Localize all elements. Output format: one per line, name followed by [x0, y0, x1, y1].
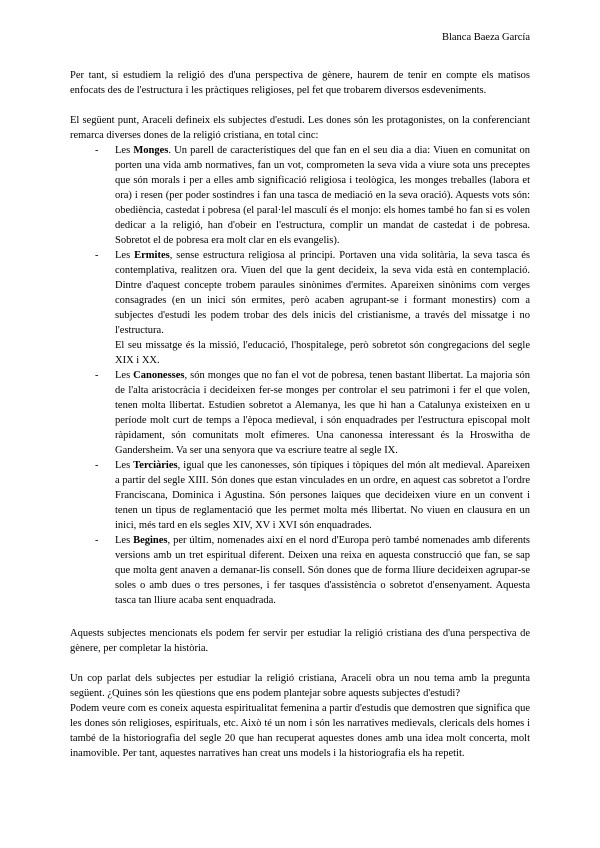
subject-term: Begines: [133, 535, 167, 546]
list-item-prefix: Les: [115, 145, 133, 156]
list-item-text: , igual que les canonesses, són típiques…: [115, 460, 530, 531]
list-item-text: , són monges que no fan el vot de pobres…: [115, 370, 530, 456]
subject-term: Canonesses: [133, 370, 184, 381]
bullet-marker: -: [95, 458, 99, 473]
list-item-prefix: Les: [115, 250, 134, 261]
list-item-canonesses: - Les Canonesses, són monges que no fan …: [70, 368, 530, 458]
subject-term: Terciàries: [133, 460, 177, 471]
paragraph-conclusion: Aquests subjectes mencionats els podem f…: [70, 626, 530, 656]
list-item-prefix: Les: [115, 460, 133, 471]
bullet-marker: -: [95, 248, 99, 263]
list-item-begines: - Les Begines, per últim, nomenades així…: [70, 533, 530, 608]
bullet-marker: -: [95, 533, 99, 548]
list-item-text: . Un parell de característiques del que …: [115, 145, 530, 246]
list-item-prefix: Les: [115, 535, 133, 546]
paragraph-intro: Per tant, si estudiem la religió des d'u…: [70, 68, 530, 98]
subject-term: Monges: [133, 145, 168, 156]
list-item-ermites: - Les Ermites, sense estructura religios…: [70, 248, 530, 368]
subject-term: Ermites: [134, 250, 170, 261]
subjects-list: - Les Monges. Un parell de característiq…: [70, 143, 530, 608]
list-item-monges: - Les Monges. Un parell de característiq…: [70, 143, 530, 248]
list-item-text: , sense estructura religiosa al principi…: [115, 250, 530, 336]
document-page: Blanca Baeza García Per tant, si estudie…: [0, 0, 600, 848]
author-name: Blanca Baeza García: [442, 32, 530, 43]
paragraph-question: Un cop parlat dels subjectes per estudia…: [70, 671, 530, 701]
list-item-extra-paragraph: El seu missatge és la missió, l'educació…: [115, 338, 530, 368]
paragraph-subjects-lead: El següent punt, Araceli defineix els su…: [70, 113, 530, 143]
bullet-marker: -: [95, 143, 99, 158]
page-header: Blanca Baeza García: [70, 30, 530, 45]
bullet-marker: -: [95, 368, 99, 383]
paragraph-narratives: Podem veure com es coneix aquesta espiri…: [70, 701, 530, 761]
list-item-terciaries: - Les Terciàries, igual que les canoness…: [70, 458, 530, 533]
list-item-text: , per últim, nomenades així en el nord d…: [115, 535, 530, 606]
list-item-prefix: Les: [115, 370, 133, 381]
